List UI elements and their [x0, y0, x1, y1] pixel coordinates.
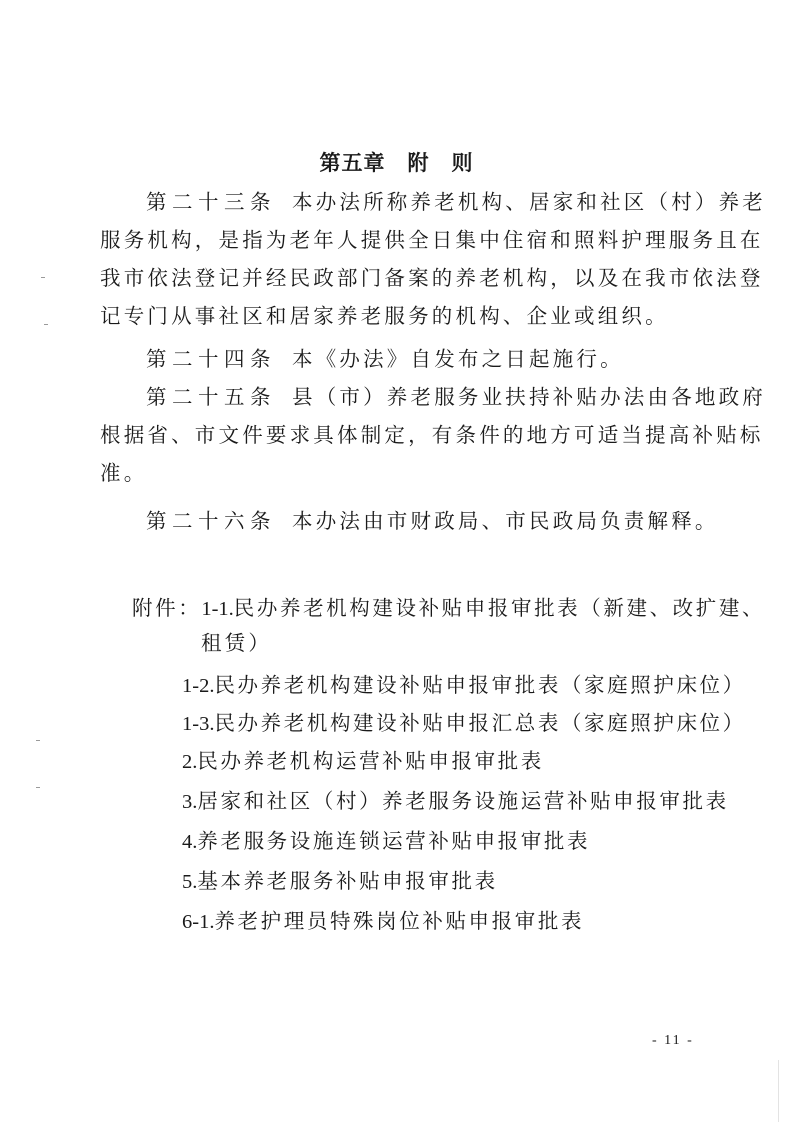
- attachment-item-6-1: 6-1.养老护理员特殊岗位补贴申报审批表: [182, 908, 584, 935]
- article-label: 第二十三条: [146, 190, 276, 214]
- article-text: 本办法所称养老机构、居家和社区（村）养老: [292, 190, 766, 214]
- attachment-title: 民办养老机构运营补贴申报审批表: [197, 749, 544, 773]
- article-25-line-2: 根据省、市文件要求具体制定，有条件的地方可适当提高补贴标: [100, 422, 764, 448]
- attachment-item-4: 4.养老服务设施连锁运营补贴申报审批表: [182, 828, 590, 855]
- attachment-title: 养老护理员特殊岗位补贴申报审批表: [214, 909, 584, 933]
- attachments-label: 附件：: [132, 596, 201, 620]
- attachment-item-1-3: 1-3.民办养老机构建设补贴申报汇总表（家庭照护床位）: [182, 710, 746, 737]
- attachment-title: 养老服务设施连锁运营补贴申报审批表: [197, 829, 590, 853]
- article-text: 本办法由市财政局、市民政局负责解释。: [292, 509, 719, 533]
- article-25-line-1: 第二十五条县（市）养老服务业扶持补贴办法由各地政府: [146, 384, 766, 410]
- attachment-number: 4.: [182, 831, 197, 853]
- scan-edge: [778, 1060, 779, 1122]
- attachment-title: 民办养老机构建设补贴申报审批表（家庭照护床位）: [214, 673, 745, 697]
- attachment-number: 1-1.: [201, 598, 233, 620]
- document-page: 第五章附则 第二十三条本办法所称养老机构、居家和社区（村）养老 服务机构，是指为…: [0, 0, 793, 1122]
- article-24-line-1: 第二十四条本《办法》自发布之日起施行。: [146, 346, 624, 372]
- attachment-number: 1-2.: [182, 675, 214, 697]
- attachment-item-1-1-continued: 租赁）: [201, 630, 272, 656]
- article-label: 第二十五条: [146, 385, 276, 409]
- attachment-item-1-1: 附件：1-1.民办养老机构建设补贴申报审批表（新建、改扩建、: [132, 595, 765, 622]
- article-23-line-2: 服务机构，是指为老年人提供全日集中住宿和照料护理服务且在: [100, 227, 764, 253]
- article-25-line-3: 准。: [100, 460, 147, 486]
- chapter-word-2: 则: [452, 151, 474, 175]
- article-26-line-1: 第二十六条本办法由市财政局、市民政局负责解释。: [146, 508, 719, 534]
- attachment-number: 2.: [182, 751, 197, 773]
- scan-mark: [36, 740, 40, 741]
- chapter-word-1: 附: [408, 151, 430, 175]
- article-text: 县（市）养老服务业扶持补贴办法由各地政府: [292, 385, 766, 409]
- attachment-title: 居家和社区（村）养老服务设施运营补贴申报审批表: [197, 789, 728, 813]
- article-label: 第二十四条: [146, 347, 276, 371]
- attachment-number: 1-3.: [182, 713, 214, 735]
- article-label: 第二十六条: [146, 509, 276, 533]
- attachment-title: 民办养老机构建设补贴申报审批表（新建、改扩建、: [234, 596, 765, 620]
- article-text: 本《办法》自发布之日起施行。: [292, 347, 624, 371]
- attachment-number: 3.: [182, 791, 197, 813]
- attachment-item-3: 3.居家和社区（村）养老服务设施运营补贴申报审批表: [182, 788, 729, 815]
- page-number: - 11 -: [652, 1033, 694, 1049]
- article-23-line-4: 记专门从事社区和居家养老服务的机构、企业或组织。: [100, 303, 669, 329]
- attachment-title: 基本养老服务补贴申报审批表: [197, 869, 497, 893]
- attachment-number: 5.: [182, 871, 197, 893]
- attachment-item-5: 5.基本养老服务补贴申报审批表: [182, 868, 498, 895]
- scan-mark: [41, 277, 45, 278]
- attachment-item-2: 2.民办养老机构运营补贴申报审批表: [182, 748, 544, 775]
- article-23-line-1: 第二十三条本办法所称养老机构、居家和社区（村）养老: [146, 189, 766, 215]
- article-23-line-3: 我市依法登记并经民政部门备案的养老机构，以及在我市依法登: [100, 265, 764, 291]
- attachment-number: 6-1.: [182, 911, 214, 933]
- scan-mark: [36, 787, 40, 788]
- scan-mark: [44, 324, 48, 325]
- attachment-title: 民办养老机构建设补贴申报汇总表（家庭照护床位）: [214, 711, 745, 735]
- attachment-item-1-2: 1-2.民办养老机构建设补贴申报审批表（家庭照护床位）: [182, 672, 746, 699]
- chapter-title: 第五章附则: [0, 147, 793, 177]
- chapter-number: 第五章: [320, 151, 386, 175]
